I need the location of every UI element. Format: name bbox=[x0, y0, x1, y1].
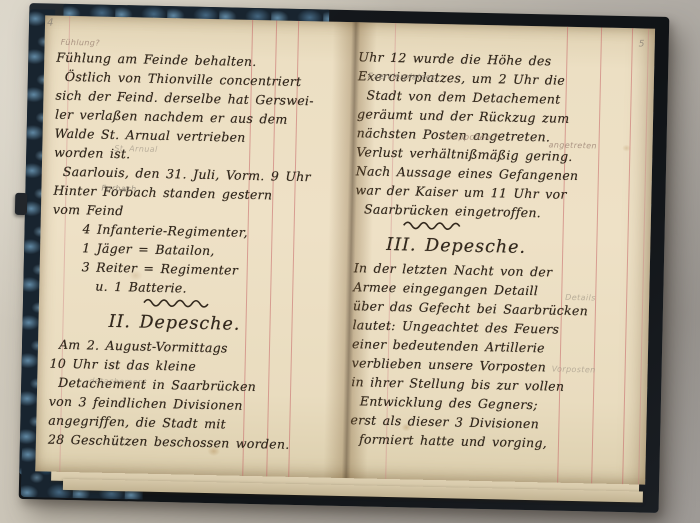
pencil-annotation: Fühlung? bbox=[61, 38, 100, 48]
pencil-annotation: Exercierplatzes bbox=[368, 71, 436, 81]
open-page-spread: Fühlung am Feinde behalten. Östlich von … bbox=[35, 15, 655, 484]
photograph-of-manuscript: { "book": { "page_left": { "page_number"… bbox=[0, 0, 700, 523]
pencil-annotation: Forbach bbox=[101, 184, 136, 194]
cover-clasp bbox=[15, 193, 27, 215]
pencil-annotation: Truppchen ? bbox=[445, 132, 499, 142]
pencil-annotation: St. Arnual bbox=[114, 144, 158, 154]
right-page-text: Uhr 12 wurde die Höhe des Exercierplatze… bbox=[350, 47, 651, 454]
left-page-text: Fühlung am Feinde behalten. Östlich von … bbox=[48, 48, 343, 455]
pencil-annotation: angetreten bbox=[548, 140, 597, 150]
page-number-left: 4 bbox=[47, 17, 54, 28]
pencil-annotation: Details bbox=[565, 293, 596, 303]
notebook: Fühlung am Feinde behalten. Östlich von … bbox=[0, 0, 700, 523]
page-number-right: 5 bbox=[639, 39, 645, 49]
pencil-annotation: detachement bbox=[89, 376, 147, 386]
pencil-annotation: Vorposten bbox=[552, 365, 596, 375]
